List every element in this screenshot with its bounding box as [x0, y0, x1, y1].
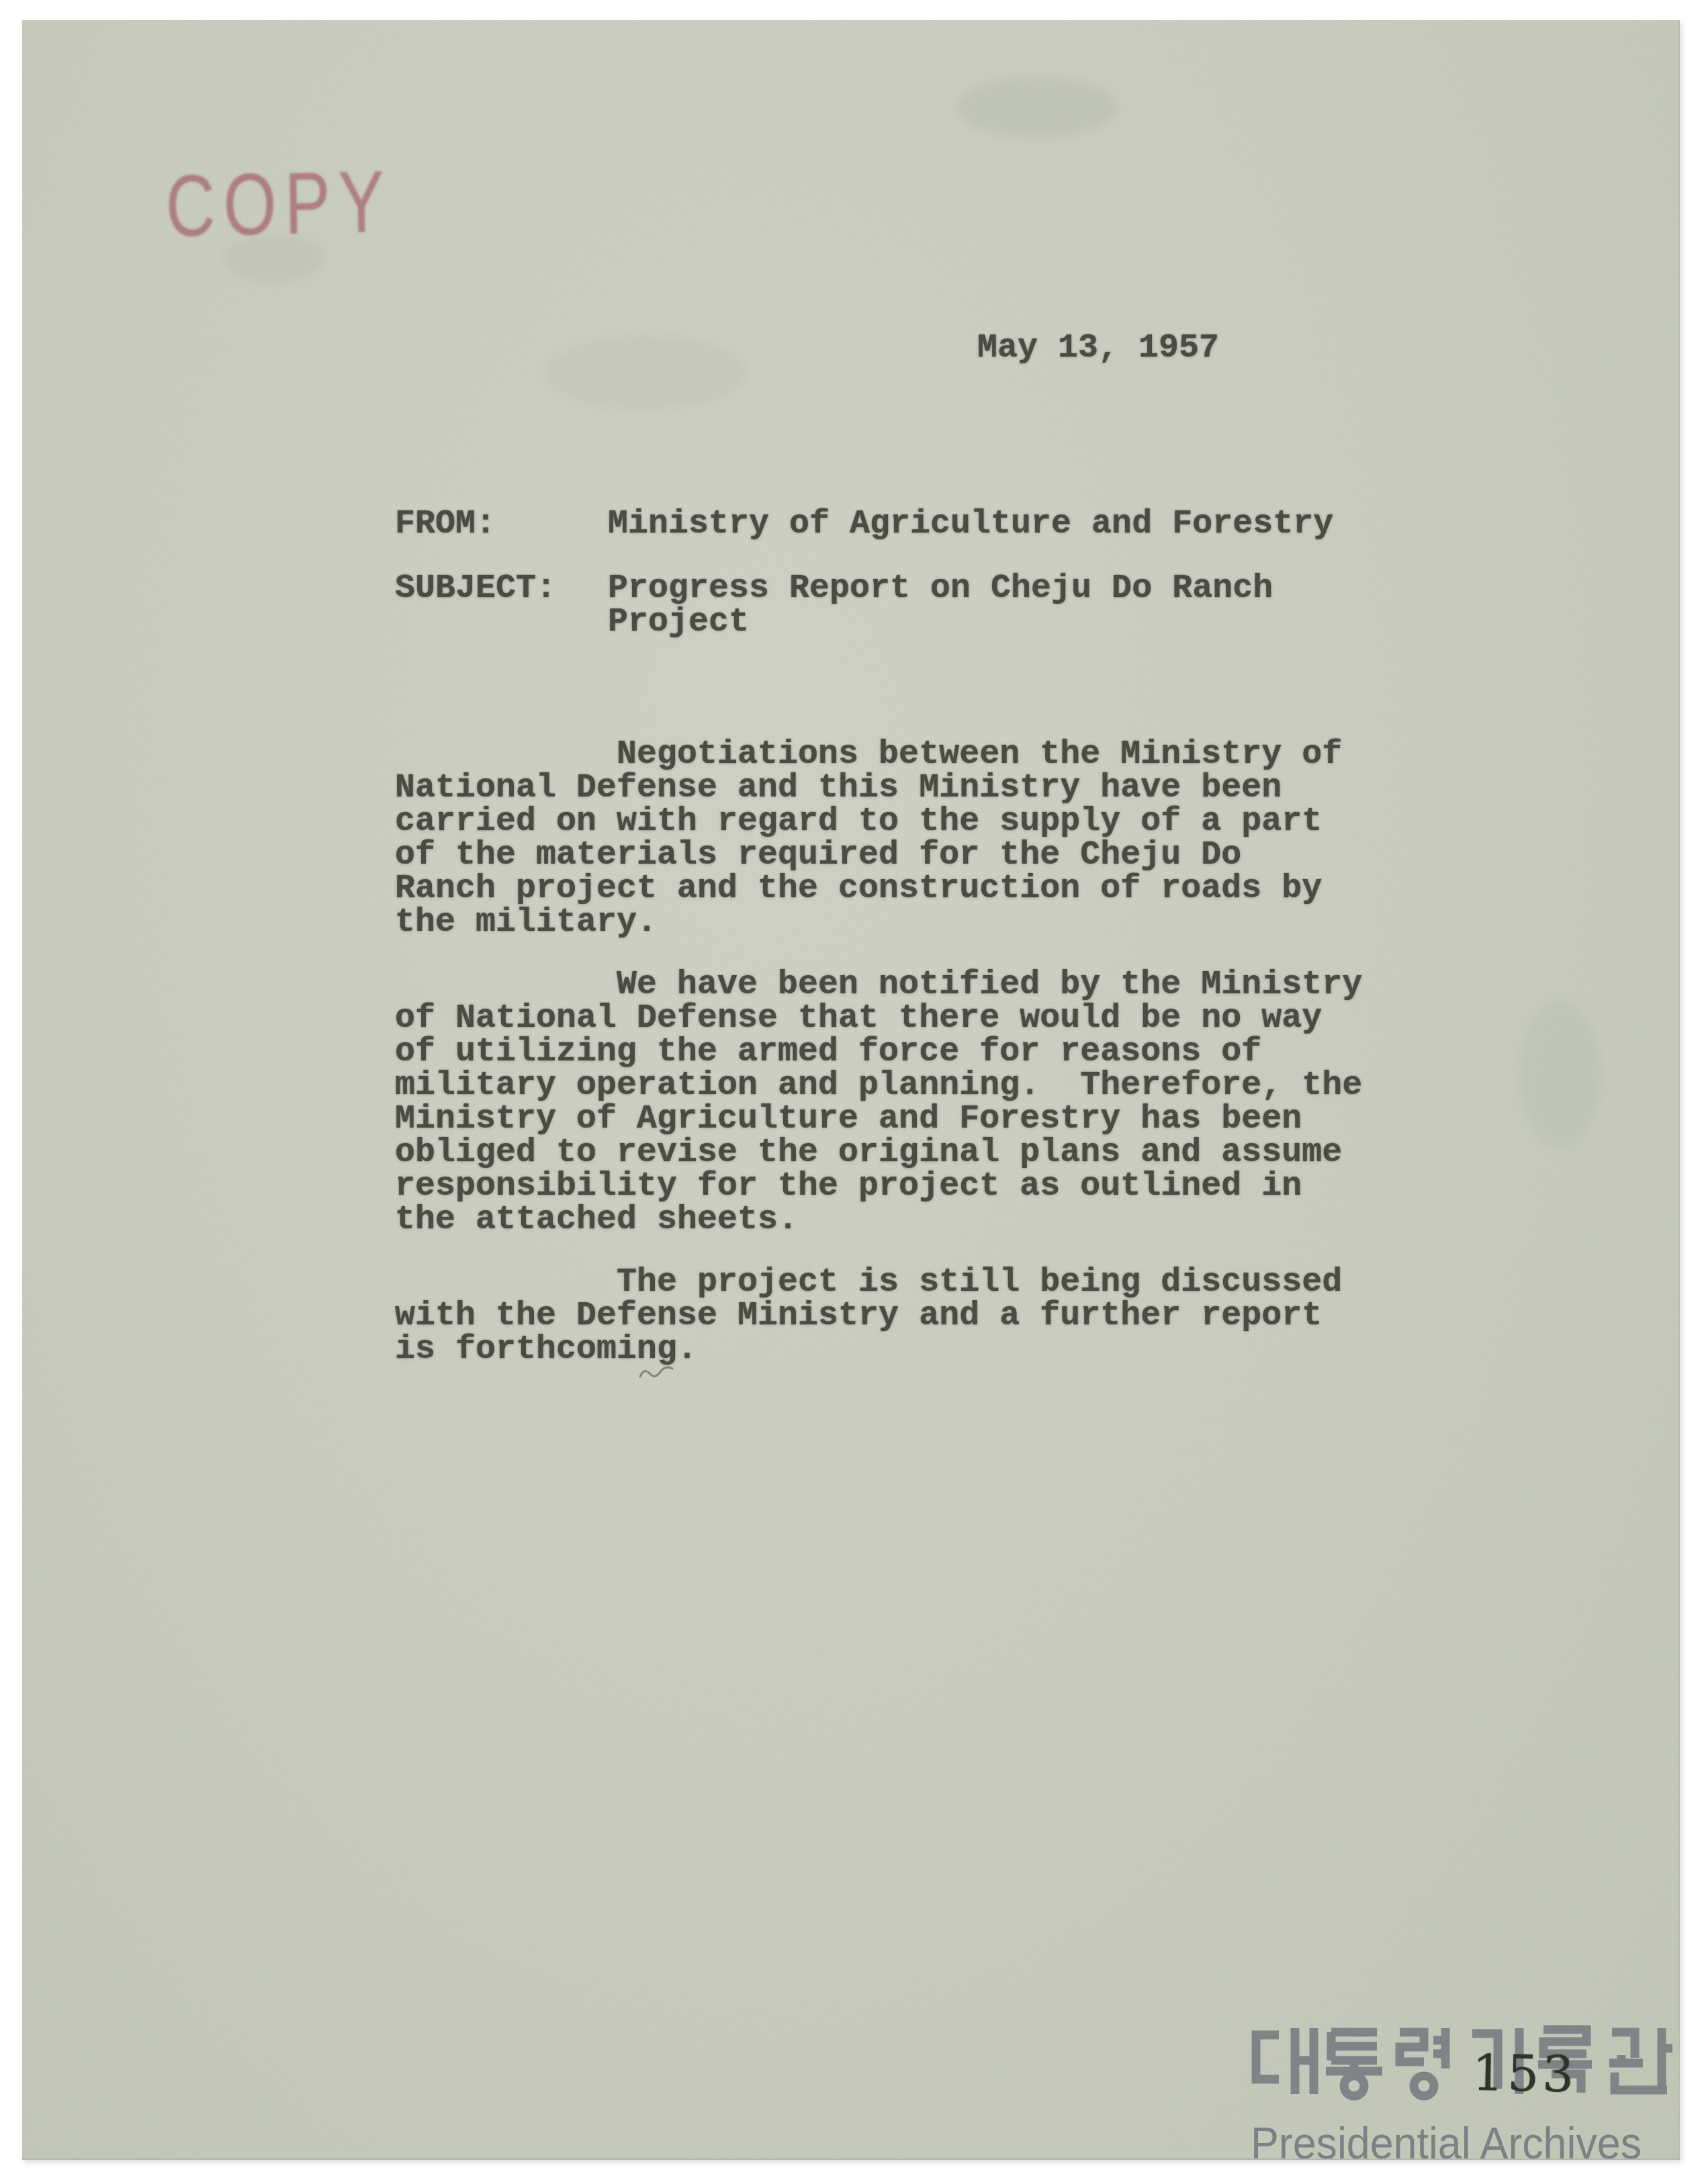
date-line: May 13, 1957: [977, 332, 1219, 365]
subject-value: Progress Report on Cheju Do RanchProject: [608, 572, 1273, 639]
scanned-document-canvas: COPY May 13, 1957 FROM: Ministry of Agri…: [0, 0, 1702, 2184]
paper-smudge: [1520, 1001, 1601, 1148]
from-label: FROM:: [395, 508, 496, 541]
korean-watermark-icon: [1251, 2024, 1681, 2105]
paper-smudge: [956, 77, 1117, 138]
paragraph-forthcoming: The project is still being discussedwith…: [395, 1266, 1443, 1367]
watermark-english: Presidential Archives: [1251, 2120, 1642, 2167]
from-value: Ministry of Agriculture and Forestry: [608, 508, 1333, 541]
copy-stamp: COPY: [165, 157, 393, 250]
page-number-stamp: 153: [1472, 2046, 1578, 2102]
subject-label: SUBJECT:: [395, 572, 556, 606]
paper-smudge: [546, 336, 748, 410]
pen-squiggle-mark: [638, 1363, 678, 1382]
paragraph-notification: We have been notified by the Ministryof …: [395, 968, 1443, 1237]
memo-paper: COPY May 13, 1957 FROM: Ministry of Agri…: [22, 20, 1680, 2160]
paragraph-negotiations: Negotiations between the Ministry ofNati…: [395, 738, 1443, 940]
